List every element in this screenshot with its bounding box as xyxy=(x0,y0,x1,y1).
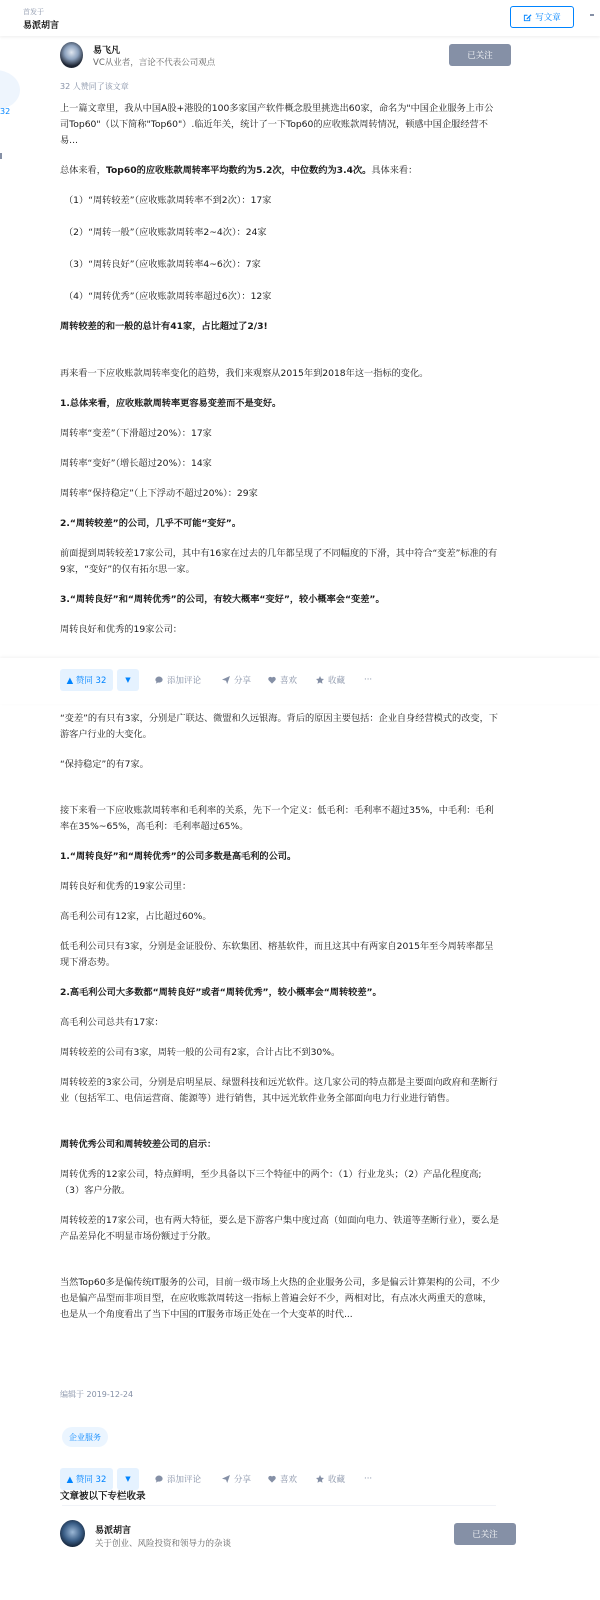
margin-paragraph: 高毛利公司总共有17家： xyxy=(60,1015,500,1031)
comment-icon xyxy=(155,676,163,684)
category-item: （2）“周转一般”（应收账款周转率2~4次）：24家 xyxy=(60,225,500,241)
voters-count[interactable]: 32 人赞同了该文章 xyxy=(60,81,129,92)
after-bar-paragraph-1: “变差”的有只有3家，分别是广联达、微盟和久远银海。背后的原因主要包括：企业自身… xyxy=(60,711,500,743)
published-in-label: 首发于 xyxy=(23,7,44,17)
trend-item: 周转率“变好”（增长超过20%）：14家 xyxy=(60,456,500,472)
trend-heading-2: 2.“周转较差”的公司，几乎不可能“变好”。 xyxy=(60,518,241,529)
share-button[interactable]: 分享 xyxy=(222,1468,251,1490)
category-item: （3）“周转良好”（应收账款周转率4~6次）：7家 xyxy=(60,257,500,273)
heart-icon xyxy=(268,676,276,684)
write-article-button[interactable]: 写文章 xyxy=(510,6,574,28)
downvote-button[interactable]: ▼ xyxy=(117,669,139,691)
divider xyxy=(62,1505,496,1506)
like-button[interactable]: 喜欢 xyxy=(268,1468,297,1490)
more-actions-button[interactable]: ··· xyxy=(364,669,372,691)
column-name-link[interactable]: 易派胡言 xyxy=(23,18,59,31)
like-button[interactable]: 喜欢 xyxy=(268,669,297,691)
insight-heading: 周转优秀公司和周转较差公司的启示： xyxy=(60,1139,216,1150)
trend-item: 周转率“变差”（下滑超过20%）：17家 xyxy=(60,426,500,442)
topic-tag[interactable]: 企业服务 xyxy=(62,1427,108,1447)
star-icon xyxy=(316,1475,324,1483)
column-follow-button[interactable]: 已关注 xyxy=(454,1523,516,1545)
trend-heading-3: 3.“周转良好”和“周转优秀”的公司，有较大概率“变好”，较小概率会“变差”。 xyxy=(60,594,385,605)
more-icon[interactable] xyxy=(590,14,594,16)
author-name[interactable]: 易飞凡 xyxy=(93,43,120,56)
margin-paragraph: 周转较差的公司有3家，周转一般的公司有2家，合计占比不到30%。 xyxy=(60,1045,500,1061)
comment-button[interactable]: 添加评论 xyxy=(155,1468,201,1490)
category-item: （4）“周转优秀”（应收账款周转率超过6次）：12家 xyxy=(60,289,500,305)
side-marker xyxy=(0,153,2,159)
more-actions-button[interactable]: ··· xyxy=(364,1468,372,1490)
trend-heading-1: 1.总体来看，应收账款周转率更容易变差而不是变好。 xyxy=(60,398,281,409)
margin-paragraph: 周转良好和优秀的19家公司里： xyxy=(60,879,500,895)
heart-icon xyxy=(268,1475,276,1483)
edited-date: 编辑于 2019-12-24 xyxy=(60,1389,133,1400)
edit-icon xyxy=(523,13,532,22)
category-item: （1）“周转较差”（应收账款周转率不到2次）：17家 xyxy=(60,193,500,209)
share-icon xyxy=(222,1475,230,1483)
margin-heading-1: 1.“周转良好”和“周转优秀”的公司多数是高毛利的公司。 xyxy=(60,851,296,862)
closing-paragraph: 当然Top60多是偏传统IT服务的公司，目前一级市场上火热的企业服务公司，多是偏… xyxy=(60,1275,500,1323)
summary-paragraph: 总体来看，Top60的应收账款周转率平均数约为5.2次，中位数约为3.4次。具体… xyxy=(60,163,500,179)
categories-conclusion: 周转较差的和一般的总计有41家，占比超过了2/3! xyxy=(60,321,268,332)
comment-button[interactable]: 添加评论 xyxy=(155,669,201,691)
margin-intro: 接下来看一下应收账款周转率和毛利率的关系，先下一个定义：低毛利：毛利率不超过35… xyxy=(60,803,500,835)
article-body-part1: 上一篇文章里，我从中国A股+港股的100多家国产软件概念股里挑选出60家，命名为… xyxy=(60,101,500,638)
author-bio: VC从业者，言论不代表公司观点 xyxy=(93,56,215,68)
trend-item: 周转率“保持稳定”（上下浮动不超过20%）：29家 xyxy=(60,486,500,502)
article-body-part2: “变差”的有只有3家，分别是广联达、微盟和久远银海。背后的原因主要包括：企业自身… xyxy=(60,711,500,1323)
share-button[interactable]: 分享 xyxy=(222,669,251,691)
action-bar-sticky: ▲ 赞同 32 ▼ 添加评论 分享 喜欢 收藏 ··· xyxy=(0,658,600,704)
upvote-button[interactable]: ▲ 赞同 32 xyxy=(60,1468,113,1490)
column-avatar[interactable] xyxy=(60,1520,85,1547)
comment-icon xyxy=(155,1475,163,1483)
margin-paragraph: 低毛利公司只有3家，分别是金证股份、东软集团、榕基软件，而且这其中有两家自201… xyxy=(60,939,500,971)
write-article-label: 写文章 xyxy=(535,11,561,23)
upvote-button[interactable]: ▲ 赞同 32 xyxy=(60,669,113,691)
author-follow-button[interactable]: 已关注 xyxy=(449,44,511,66)
column-section-title: 文章被以下专栏收录 xyxy=(60,1488,146,1502)
collect-button[interactable]: 收藏 xyxy=(316,1468,345,1490)
author-avatar[interactable] xyxy=(60,42,83,68)
after-bar-paragraph-2: “保持稳定”的有7家。 xyxy=(60,757,500,773)
trend-paragraph-2: 前面提到周转较差17家公司，其中有16家在过去的几年都呈现了不同幅度的下滑，其中… xyxy=(60,546,500,578)
top-bar: 首发于 易派胡言 写文章 xyxy=(0,0,600,36)
column-description: 关于创业、风险投资和领导力的杂谈 xyxy=(95,1537,231,1549)
trend-intro: 再来看一下应收账款周转率变化的趋势，我们来观察从2015年到2018年这一指标的… xyxy=(60,366,500,382)
side-float-button[interactable] xyxy=(0,70,20,110)
trend-paragraph-3: 周转良好和优秀的19家公司： xyxy=(60,622,500,638)
star-icon xyxy=(316,676,324,684)
margin-paragraph: 周转较差的3家公司，分别是启明星辰、绿盟科技和远光软件。这几家公司的特点都是主要… xyxy=(60,1075,500,1107)
insight-paragraph: 周转优秀的12家公司，特点鲜明，至少具备以下三个特征中的两个：（1）行业龙头；（… xyxy=(60,1167,500,1199)
margin-heading-2: 2.高毛利公司大多数都“周转良好”或者“周转优秀”，较小概率会“周转较差”。 xyxy=(60,987,382,998)
collect-button[interactable]: 收藏 xyxy=(316,669,345,691)
side-vote-count: 32 xyxy=(0,107,10,116)
share-icon xyxy=(222,676,230,684)
intro-paragraph: 上一篇文章里，我从中国A股+港股的100多家国产软件概念股里挑选出60家，命名为… xyxy=(60,101,500,149)
insight-paragraph: 周转较差的17家公司，也有两大特征，要么是下游客户集中度过高（如面向电力、铁道等… xyxy=(60,1213,500,1245)
column-name[interactable]: 易派胡言 xyxy=(95,1523,131,1536)
downvote-button[interactable]: ▼ xyxy=(117,1468,139,1490)
margin-paragraph: 高毛利公司有12家，占比超过60%。 xyxy=(60,909,500,925)
